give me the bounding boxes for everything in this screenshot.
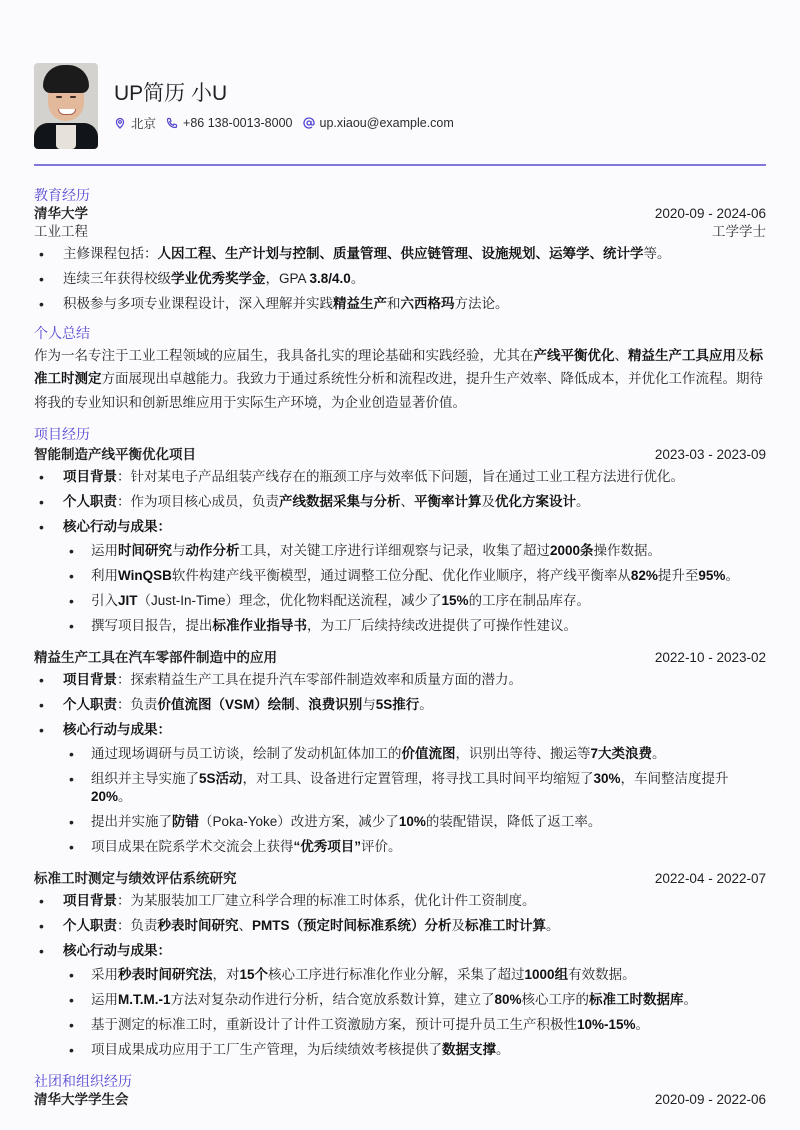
emphasis-text: 精益生产工具应用 [628, 348, 736, 363]
text-run: 作为一名专注于工业工程领域的应届生，我具备扎实的理论基础和实践经验，尤其在 [34, 348, 534, 363]
action-bullet: 利用WinQSB软件构建产线平衡模型，通过调整工位分配、优化作业顺序，将产线平衡… [63, 567, 766, 585]
emphasis-text: 95% [698, 568, 725, 583]
project-bullet: 项目背景：探索精益生产工具在提升汽车零部件制造效率和质量方面的潜力。 [34, 671, 766, 689]
action-bullet: 基于测定的标准工时，重新设计了计件工资激励方案，预计可提升员工生产积极性10%-… [63, 1016, 766, 1034]
emphasis-text: 80% [495, 992, 522, 1007]
location-pin-icon [114, 117, 126, 129]
section-title-organizations: 社团和组织经历 [34, 1071, 766, 1091]
text-run: 连续三年获得校级 [63, 271, 171, 286]
text-run: 运用 [91, 992, 118, 1007]
project-item: 精益生产工具在汽车零部件制造中的应用2022-10 - 2023-02项目背景：… [34, 649, 766, 856]
text-run: 方法论。 [455, 296, 509, 311]
emphasis-text: 产线平衡优化 [534, 348, 615, 363]
text-run: 。 [652, 746, 666, 761]
emphasis-text: 价值流图（VSM）绘制 [158, 697, 295, 712]
emphasis-text: 防错 [172, 814, 199, 829]
text-run: 主修课程包括： [63, 246, 158, 261]
text-run: 积极参与多项专业课程设计，深入理解并实践 [63, 296, 333, 311]
at-sign-icon [303, 117, 315, 129]
project-actions: 核心行动与成果：通过现场调研与员工访谈，绘制了发动机缸体加工的价值流图，识别出等… [34, 721, 766, 856]
action-bullet: 撰写项目报告，提出标准作业指导书，为工厂后续持续改进提供了可操作性建议。 [63, 617, 766, 635]
text-run: ：为某服装加工厂建立科学合理的标准工时体系，优化计件工资制度。 [117, 893, 536, 908]
emphasis-text: “优秀项目” [294, 839, 362, 854]
project-bullets: 项目背景：为某服装加工厂建立科学合理的标准工时体系，优化计件工资制度。个人职责：… [34, 892, 766, 1059]
text-run: 有效数据。 [568, 967, 636, 982]
emphasis-text: 项目背景 [63, 672, 117, 687]
text-run: 与 [172, 543, 186, 558]
action-bullet: 运用时间研究与动作分析工具，对关键工序进行详细观察与记录，收集了超过2000条操… [63, 542, 766, 560]
actions-label: 核心行动与成果： [63, 943, 171, 958]
project-bullet: 项目背景：为某服装加工厂建立科学合理的标准工时体系，优化计件工资制度。 [34, 892, 766, 910]
emphasis-text: 数据支撑 [442, 1042, 496, 1057]
text-run: 通过现场调研与员工访谈，绘制了发动机缸体加工的 [91, 746, 402, 761]
text-run: 。 [636, 1017, 650, 1032]
action-bullet: 项目成果成功应用于工厂生产管理，为后续绩效考核提供了数据支撑。 [63, 1041, 766, 1059]
emphasis-text: 项目背景 [63, 469, 117, 484]
project-bullet: 个人职责：作为项目核心成员，负责产线数据采集与分析、平衡率计算及优化方案设计。 [34, 493, 766, 511]
emphasis-text: 标准工时数据库 [589, 992, 684, 1007]
project-bullet: 个人职责：负责秒表时间研究、PMTS（预定时间标准系统）分析及标准工时计算。 [34, 917, 766, 935]
text-run: ，车间整洁度提升 [621, 771, 729, 786]
candidate-name: UP简历 小U [114, 80, 464, 108]
project-name: 精益生产工具在汽车零部件制造中的应用 [34, 649, 277, 667]
resume-header: UP简历 小U 北京 +86 138-0013-8000 up.xiaou@ex… [34, 0, 766, 150]
emphasis-text: 个人职责 [63, 697, 117, 712]
organization-name: 清华大学学生会 [34, 1091, 129, 1109]
text-run: 及 [482, 494, 496, 509]
text-run: 和 [387, 296, 401, 311]
project-actions: 核心行动与成果：运用时间研究与动作分析工具，对关键工序进行详细观察与记录，收集了… [34, 518, 766, 635]
text-run: 与 [362, 697, 376, 712]
text-run: （Just-In-Time）理念，优化物料配送流程，减少了 [138, 593, 442, 608]
emphasis-text: 人因工程、生产计划与控制、质量管理、供应链管理、设施规划、运筹学、统计学 [158, 246, 644, 261]
emphasis-text: 20% [91, 789, 118, 804]
project-header: 精益生产工具在汽车零部件制造中的应用2022-10 - 2023-02 [34, 649, 766, 667]
bullet-item: 积极参与多项专业课程设计，深入理解并实践精益生产和六西格玛方法论。 [34, 295, 766, 313]
text-run: 。 [351, 271, 365, 286]
text-run: 方面展现出卓越能力。我致力于通过系统性分析和流程改进，提升生产效率、降低成本，并… [34, 371, 763, 410]
emphasis-text: 3.8/4.0 [310, 271, 351, 286]
action-bullets: 运用时间研究与动作分析工具，对关键工序进行详细观察与记录，收集了超过2000条操… [63, 542, 766, 635]
text-run: 方法对复杂动作进行分析，结合宽放系数计算，建立了 [171, 992, 495, 1007]
contact-location: 北京 [114, 114, 156, 132]
emphasis-text: 秒表时间研究 [158, 918, 239, 933]
text-run: 等。 [644, 246, 671, 261]
text-run: ，为工厂后续持续改进提供了可操作性建议。 [307, 618, 577, 633]
text-run: 项目成果成功应用于工厂生产管理，为后续绩效考核提供了 [91, 1042, 442, 1057]
text-run: 提出并实施了 [91, 814, 172, 829]
text-run: 及 [452, 918, 466, 933]
emphasis-text: 优化方案设计 [495, 494, 576, 509]
text-run: 基于测定的标准工时，重新设计了计件工资激励方案，预计可提升员工生产积极性 [91, 1017, 577, 1032]
text-run: 、 [239, 918, 253, 933]
emphasis-text: 时间研究 [118, 543, 172, 558]
emphasis-text: 个人职责 [63, 494, 117, 509]
emphasis-text: 30% [594, 771, 621, 786]
emphasis-text: 平衡率计算 [414, 494, 482, 509]
actions-label: 核心行动与成果： [63, 722, 171, 737]
text-run: ：探索精益生产工具在提升汽车零部件制造效率和质量方面的潜力。 [117, 672, 522, 687]
project-bullet: 个人职责：负责价值流图（VSM）绘制、浪费识别与5S推行。 [34, 696, 766, 714]
section-title-summary: 个人总结 [34, 323, 766, 343]
text-run: 、 [615, 348, 629, 363]
education-row: 清华大学 2020-09 - 2024-06 [34, 205, 766, 223]
emphasis-text: JIT [118, 593, 138, 608]
emphasis-text: 产线数据采集与分析 [279, 494, 401, 509]
project-item: 标准工时测定与绩效评估系统研究2022-04 - 2022-07项目背景：为某服… [34, 870, 766, 1059]
text-run: ，对 [213, 967, 240, 982]
action-bullets: 采用秒表时间研究法，对15个核心工序进行标准化作业分解，采集了超过1000组有效… [63, 966, 766, 1059]
text-run: 。 [419, 697, 433, 712]
location-text: 北京 [131, 114, 156, 132]
text-run: ：针对某电子产品组装产线存在的瓶颈工序与效率低下问题，旨在通过工业工程方法进行优… [117, 469, 684, 484]
emphasis-text: 2000条 [550, 543, 594, 558]
text-run: 项目成果在院系学术交流会上获得 [91, 839, 294, 854]
text-run: 运用 [91, 543, 118, 558]
emphasis-text: 项目背景 [63, 893, 117, 908]
avatar-photo [34, 63, 98, 149]
emphasis-text: 7大类浪费 [591, 746, 653, 761]
emphasis-text: 1000组 [525, 967, 569, 982]
bullet-item: 连续三年获得校级学业优秀奖学金，GPA 3.8/4.0。 [34, 270, 766, 288]
section-title-projects: 项目经历 [34, 424, 766, 444]
emphasis-text: 精益生产 [333, 296, 387, 311]
phone-text: +86 138-0013-8000 [183, 116, 292, 130]
emphasis-text: 5S活动 [199, 771, 243, 786]
action-bullet: 提出并实施了防错（Poka-Yoke）改进方案，减少了10%的装配错误，降低了返… [63, 813, 766, 831]
education-subrow: 工业工程 工学学士 [34, 223, 766, 241]
project-item: 智能制造产线平衡优化项目2023-03 - 2023-09项目背景：针对某电子产… [34, 446, 766, 635]
text-run: 。 [684, 992, 698, 1007]
contact-bar: 北京 +86 138-0013-8000 up.xiaou@example.co… [114, 114, 464, 132]
emphasis-text: 5S推行 [376, 697, 420, 712]
text-run: 核心工序进行标准化作业分解，采集了超过 [268, 967, 525, 982]
emphasis-text: 10% [399, 814, 426, 829]
emphasis-text: 秒表时间研究法 [118, 967, 213, 982]
action-bullet: 引入JIT（Just-In-Time）理念，优化物料配送流程，减少了15%的工序… [63, 592, 766, 610]
contact-phone[interactable]: +86 138-0013-8000 [166, 116, 292, 130]
text-run: 工具，对关键工序进行详细观察与记录，收集了超过 [240, 543, 551, 558]
text-run: 、 [401, 494, 415, 509]
text-run: 操作数据。 [594, 543, 662, 558]
text-run: ，对工具、设备进行定置管理，将寻找工具时间平均缩短了 [243, 771, 594, 786]
text-run: 评价。 [361, 839, 402, 854]
text-run: （Poka-Yoke）改进方案，减少了 [199, 814, 399, 829]
email-text: up.xiaou@example.com [320, 116, 454, 130]
organization-row: 清华大学学生会 2020-09 - 2022-06 [34, 1091, 766, 1109]
text-run: 组织并主导实施了 [91, 771, 199, 786]
action-bullets: 通过现场调研与员工访谈，绘制了发动机缸体加工的价值流图，识别出等待、搬运等7大类… [63, 745, 766, 856]
major: 工业工程 [34, 223, 88, 241]
action-bullet: 通过现场调研与员工访谈，绘制了发动机缸体加工的价值流图，识别出等待、搬运等7大类… [63, 745, 766, 763]
project-actions: 核心行动与成果：采用秒表时间研究法，对15个核心工序进行标准化作业分解，采集了超… [34, 942, 766, 1059]
emphasis-text: M.T.M.-1 [118, 992, 171, 1007]
emphasis-text: 学业优秀奖学金 [171, 271, 266, 286]
education-dates: 2020-09 - 2024-06 [655, 205, 766, 223]
action-bullet: 项目成果在院系学术交流会上获得“优秀项目”评价。 [63, 838, 766, 856]
degree: 工学学士 [712, 223, 766, 241]
emphasis-text: 15% [442, 593, 469, 608]
education-bullets: 主修课程包括：人因工程、生产计划与控制、质量管理、供应链管理、设施规划、运筹学、… [34, 245, 766, 313]
text-run: 及 [736, 348, 750, 363]
text-run: ：负责 [117, 697, 158, 712]
summary-text: 作为一名专注于工业工程领域的应届生，我具备扎实的理论基础和实践经验，尤其在产线平… [34, 344, 766, 415]
project-name: 标准工时测定与绩效评估系统研究 [34, 870, 237, 888]
project-header: 标准工时测定与绩效评估系统研究2022-04 - 2022-07 [34, 870, 766, 888]
text-run: 。 [118, 789, 132, 804]
project-dates: 2022-10 - 2023-02 [655, 649, 766, 667]
text-run: 。 [725, 568, 739, 583]
phone-icon [166, 117, 178, 129]
emphasis-text: 15个 [240, 967, 269, 982]
text-run: 引入 [91, 593, 118, 608]
text-run: 软件构建产线平衡模型，通过调整工位分配、优化作业顺序，将产线平衡率从 [172, 568, 631, 583]
emphasis-text: 个人职责 [63, 918, 117, 933]
project-list: 智能制造产线平衡优化项目2023-03 - 2023-09项目背景：针对某电子产… [34, 446, 766, 1059]
emphasis-text: 浪费识别 [308, 697, 362, 712]
emphasis-text: 标准工时计算 [465, 918, 546, 933]
bullet-item: 主修课程包括：人因工程、生产计划与控制、质量管理、供应链管理、设施规划、运筹学、… [34, 245, 766, 263]
project-dates: 2023-03 - 2023-09 [655, 446, 766, 464]
text-run: 利用 [91, 568, 118, 583]
project-bullet: 项目背景：针对某电子产品组装产线存在的瓶颈工序与效率低下问题，旨在通过工业工程方… [34, 468, 766, 486]
school-name: 清华大学 [34, 205, 88, 223]
actions-label: 核心行动与成果： [63, 519, 171, 534]
section-title-education: 教育经历 [34, 185, 766, 205]
emphasis-text: PMTS（预定时间标准系统）分析 [252, 918, 452, 933]
emphasis-text: WinQSB [118, 568, 172, 583]
resume-page: UP简历 小U 北京 +86 138-0013-8000 up.xiaou@ex… [0, 0, 800, 1109]
text-run: ：负责 [117, 918, 158, 933]
text-run: 提升至 [658, 568, 699, 583]
organization-dates: 2020-09 - 2022-06 [655, 1091, 766, 1109]
project-bullets: 项目背景：探索精益生产工具在提升汽车零部件制造效率和质量方面的潜力。个人职责：负… [34, 671, 766, 856]
emphasis-text: 动作分析 [186, 543, 240, 558]
text-run: 。 [546, 918, 560, 933]
emphasis-text: 标准作业指导书 [213, 618, 308, 633]
action-bullet: 采用秒表时间研究法，对15个核心工序进行标准化作业分解，采集了超过1000组有效… [63, 966, 766, 984]
text-run: 。 [496, 1042, 510, 1057]
project-header: 智能制造产线平衡优化项目2023-03 - 2023-09 [34, 446, 766, 464]
action-bullet: 运用M.T.M.-1方法对复杂动作进行分析，结合宽放系数计算，建立了80%核心工… [63, 991, 766, 1009]
emphasis-text: 价值流图 [402, 746, 456, 761]
text-run: 核心工序的 [522, 992, 590, 1007]
emphasis-text: 82% [631, 568, 658, 583]
text-run: 。 [576, 494, 590, 509]
project-bullets: 项目背景：针对某电子产品组装产线存在的瓶颈工序与效率低下问题，旨在通过工业工程方… [34, 468, 766, 635]
text-run: 的装配错误，降低了返工率。 [426, 814, 602, 829]
emphasis-text: 六西格玛 [401, 296, 455, 311]
text-run: ，识别出等待、搬运等 [456, 746, 591, 761]
text-run: 撰写项目报告，提出 [91, 618, 213, 633]
project-name: 智能制造产线平衡优化项目 [34, 446, 196, 464]
text-run: ，GPA [266, 271, 310, 286]
header-divider [34, 164, 766, 166]
contact-email[interactable]: up.xiaou@example.com [303, 116, 454, 130]
project-dates: 2022-04 - 2022-07 [655, 870, 766, 888]
text-run: 、 [295, 697, 309, 712]
text-run: 的工序在制品库存。 [469, 593, 591, 608]
emphasis-text: 10%-15% [577, 1017, 636, 1032]
action-bullet: 组织并主导实施了5S活动，对工具、设备进行定置管理，将寻找工具时间平均缩短了30… [63, 770, 766, 806]
text-run: 采用 [91, 967, 118, 982]
text-run: ：作为项目核心成员，负责 [117, 494, 279, 509]
